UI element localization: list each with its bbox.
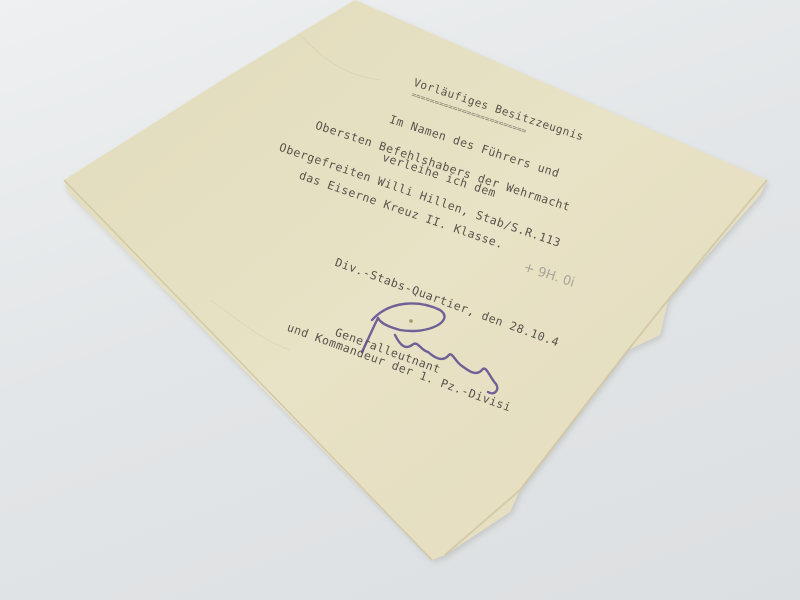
certificate-paper: Vorläufiges Besitzzeugnis ==============… [0,0,800,600]
signature [0,0,800,600]
